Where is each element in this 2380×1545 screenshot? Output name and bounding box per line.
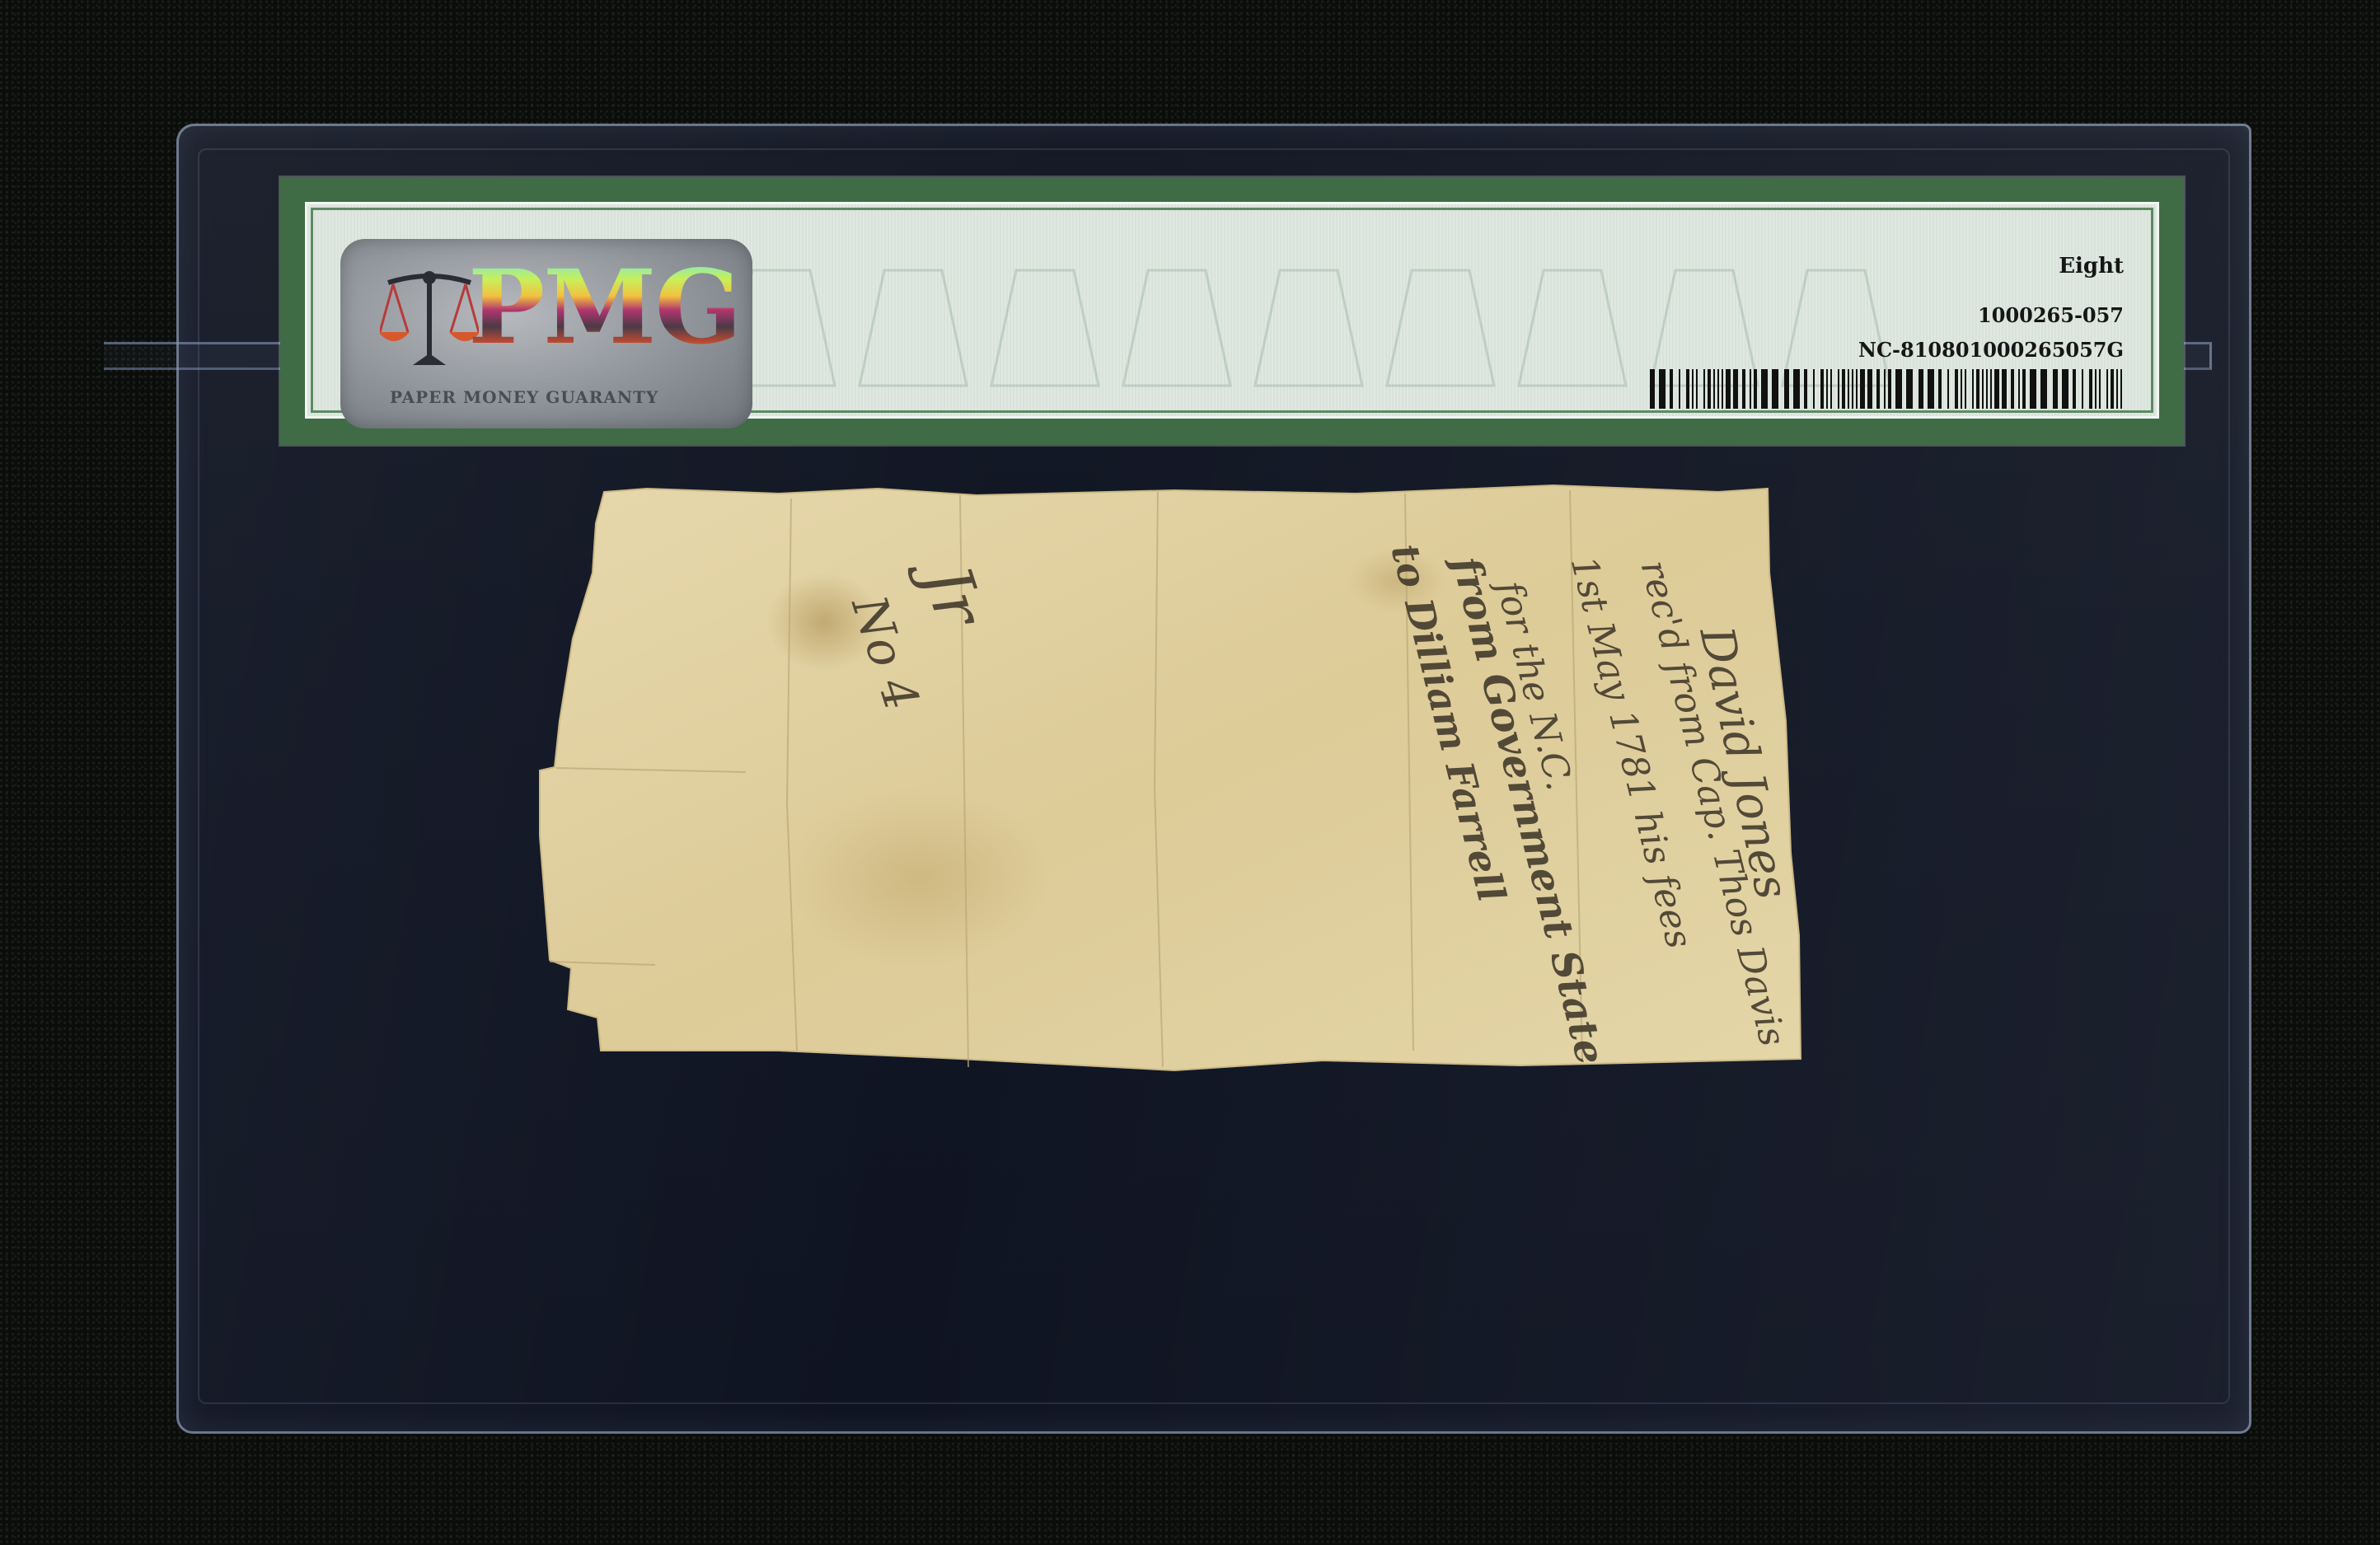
cert-number: 1000265-057: [1978, 303, 2124, 327]
pmg-logo-subtitle: PAPER MONEY GUARANTY: [390, 387, 658, 407]
banknote: Jr No 4 David Jones rec'd from Cap. Thos…: [532, 474, 1805, 1100]
barcode-icon: [1650, 369, 2124, 409]
grade-text: Eight: [2059, 254, 2124, 279]
pmg-logo-text: PMG: [468, 257, 740, 359]
pmg-hologram: PMG PAPER MONEY GUARANTY: [340, 239, 752, 428]
grading-label: PMG PAPER MONEY GUARANTY Eight 1000265-0…: [280, 177, 2184, 445]
label-panel: PMG PAPER MONEY GUARANTY Eight 1000265-0…: [305, 202, 2159, 419]
scales-of-justice-icon: [380, 268, 479, 375]
banknote-paper: [532, 474, 1805, 1100]
note-id: NC-810801000265057G: [1858, 338, 2124, 362]
